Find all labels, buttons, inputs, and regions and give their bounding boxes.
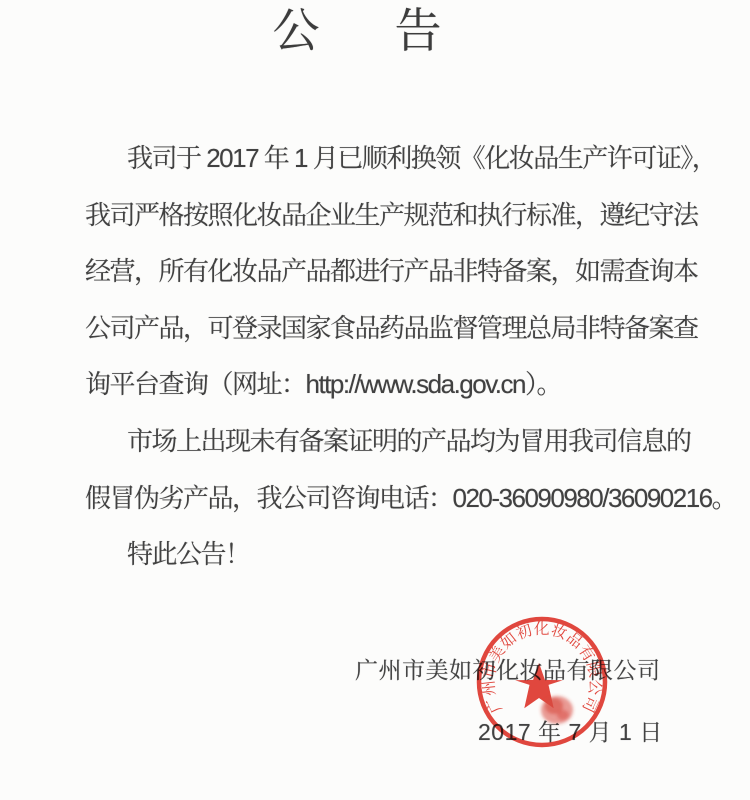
notice-body: 我司于 2017 年 1 月已顺利换领《化妆品生产许可证》， 我司严格按照化妆品…	[85, 130, 695, 583]
notice-page: 公 告 我司于 2017 年 1 月已顺利换领《化妆品生产许可证》， 我司严格按…	[0, 0, 750, 800]
company-seal: 广州市美如初化妆品有限公司	[462, 602, 622, 762]
body-line: 询平台查询（网址：http://www.sda.gov.cn）。	[85, 356, 695, 413]
body-line: 假冒伪劣产品，我公司咨询电话：020-36090980/36090216。	[85, 470, 695, 527]
body-line: 经营，所有化妆品产品都进行产品非特备案，如需查询本	[85, 243, 695, 300]
body-line: 公司产品，可登录国家食品药品监督管理总局非特备案查	[85, 300, 695, 357]
notice-title: 公 告	[0, 4, 733, 58]
body-line: 我司严格按照化妆品企业生产规范和执行标准，遵纪守法	[85, 187, 695, 244]
body-line: 我司于 2017 年 1 月已顺利换领《化妆品生产许可证》，	[85, 130, 695, 187]
body-line: 特此公告！	[85, 526, 695, 583]
body-line: 市场上出现未有备案证明的产品均为冒用我司信息的	[85, 413, 695, 470]
seal-smudge	[541, 696, 573, 724]
